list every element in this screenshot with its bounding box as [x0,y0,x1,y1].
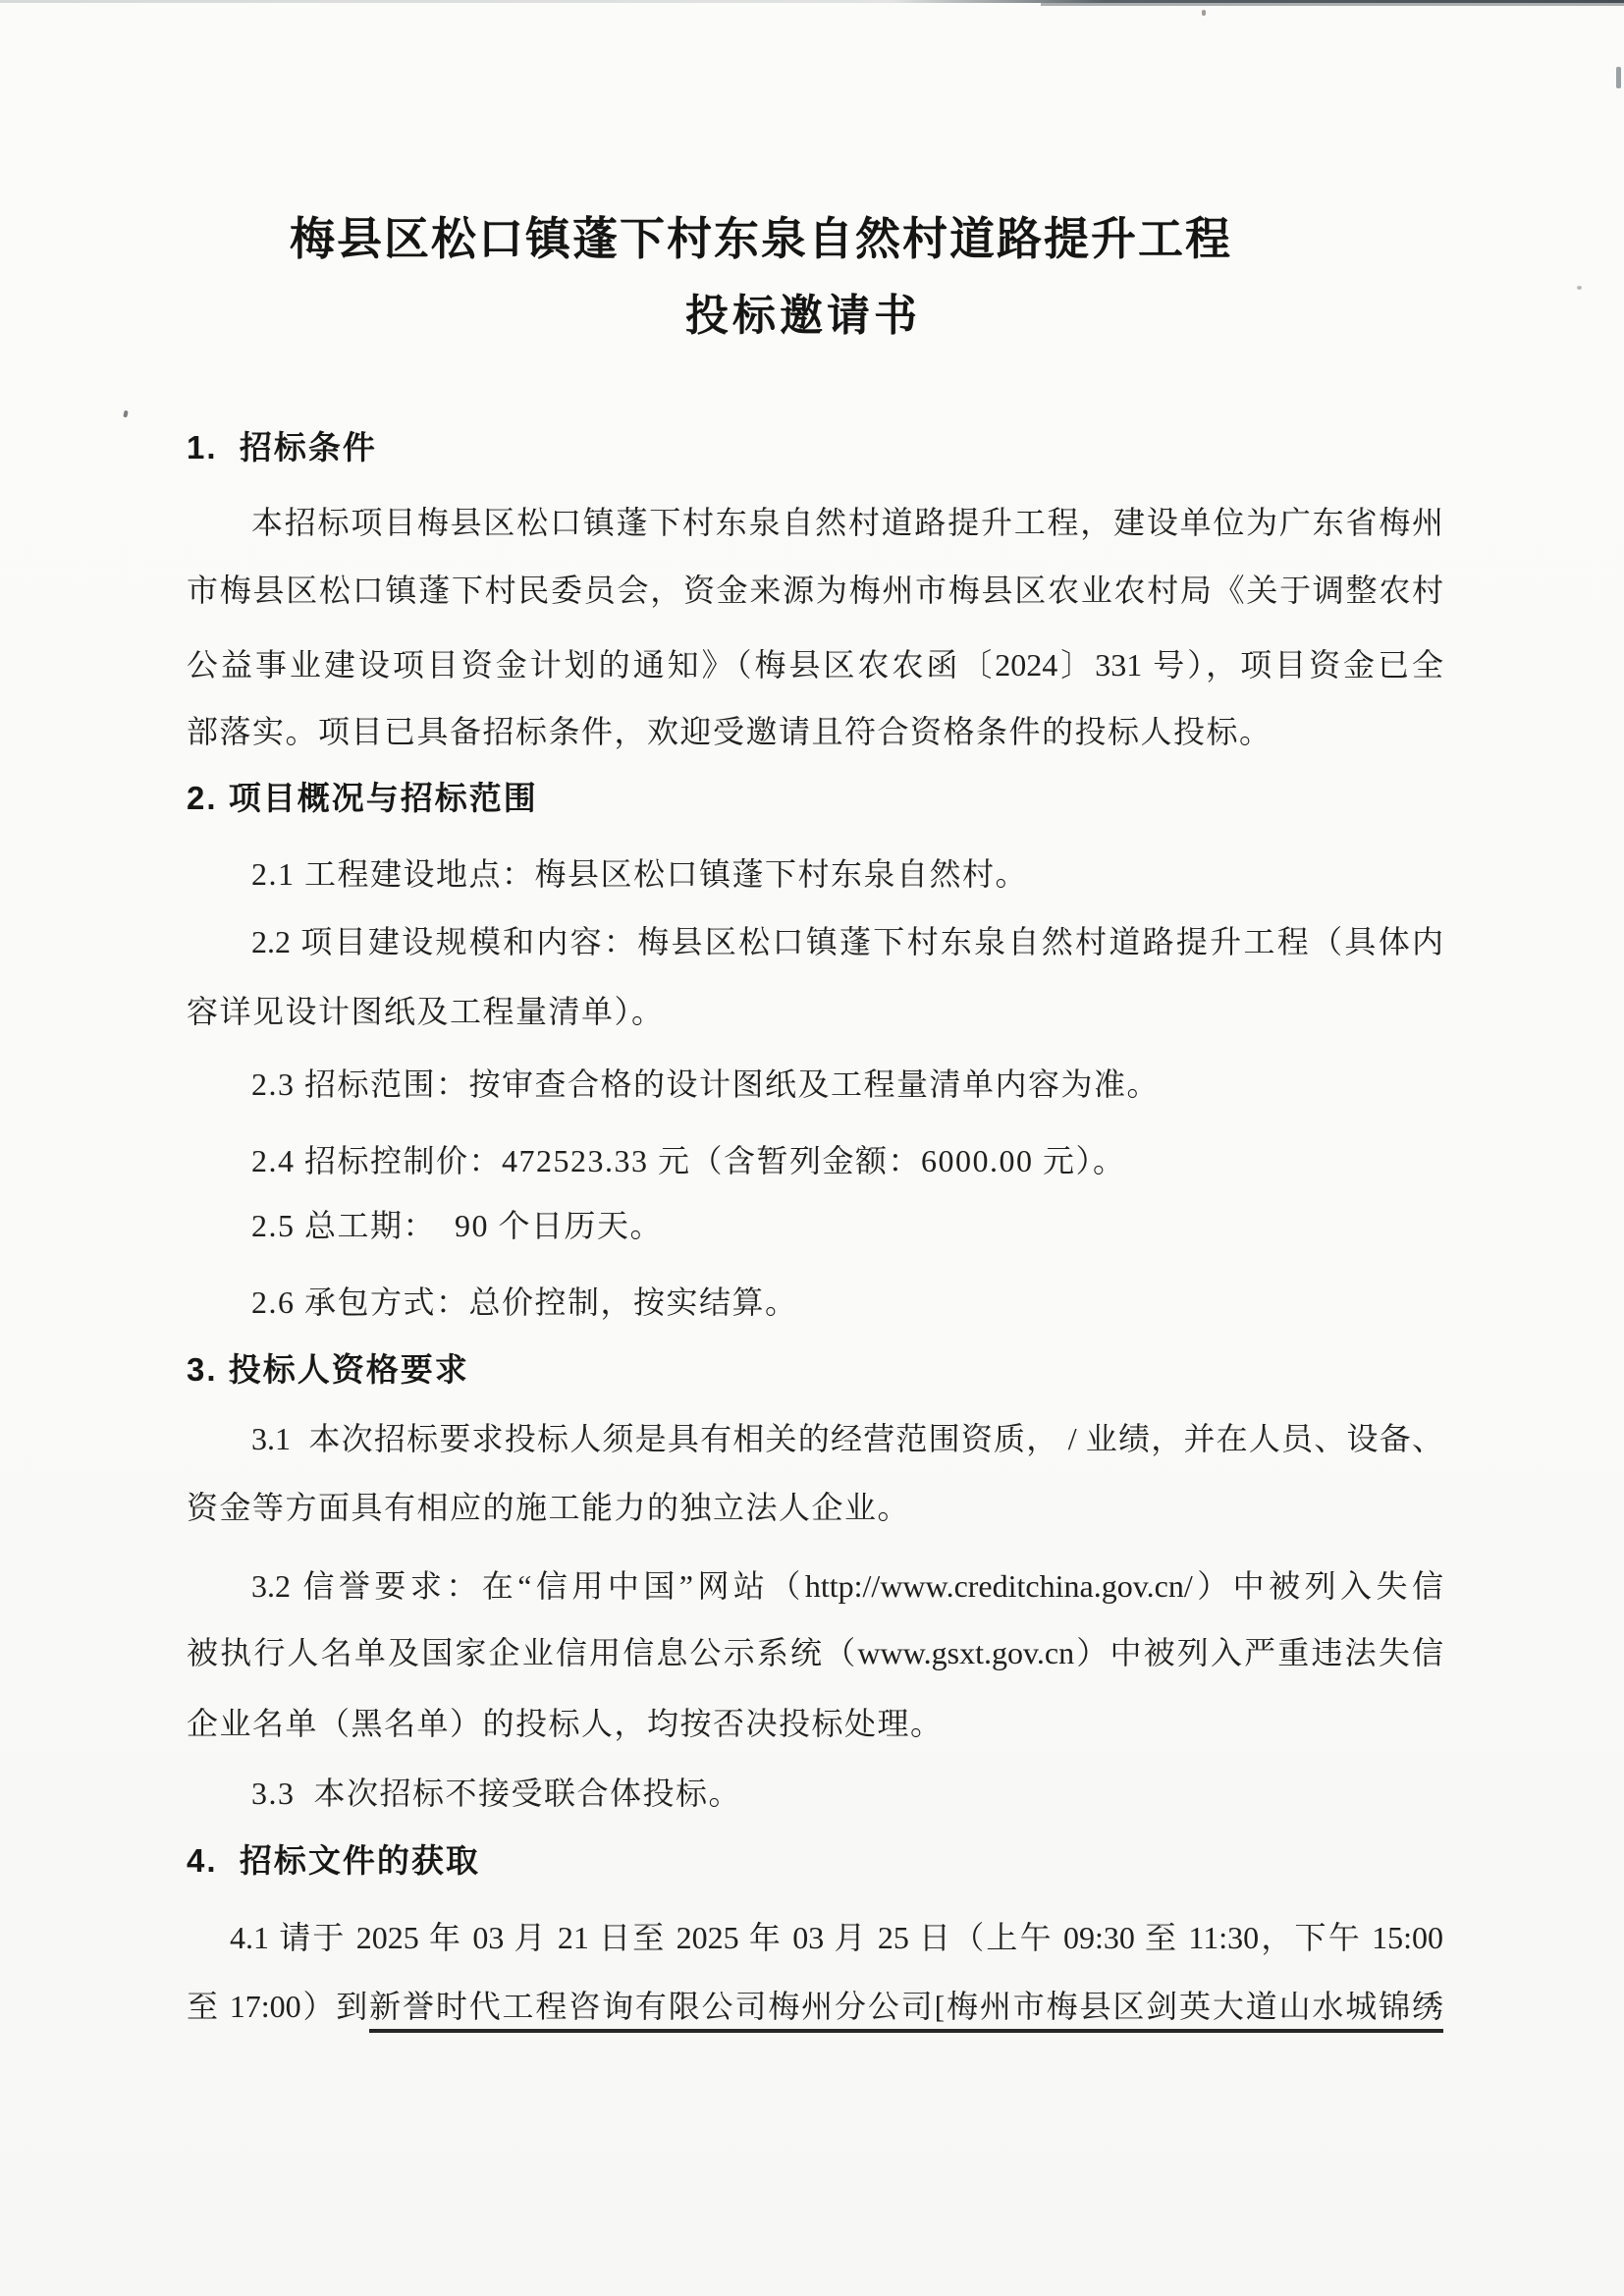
item-3-3: 3.3 本次招标不接受联合体投标。 [187,1758,1443,1829]
document-title-line1: 梅县区松口镇蓬下村东泉自然村道路提升工程 [133,202,1389,277]
item-3-2-line2: 被执行人名单及国家企业信用信息公示系统（www.gsxt.gov.cn）中被列入… [187,1617,1443,1688]
item-2-2-line1: 2.2 项目建设规模和内容：梅县区松口镇蓬下村东泉自然村道路提升工程（具体内 [187,906,1443,977]
item-3-2-line1: 3.2 信誉要求：在“信用中国”网站（http://www.creditchin… [187,1551,1443,1621]
section-4-heading: 4. 招标文件的获取 [187,1826,1443,1896]
item-2-6: 2.6 承包方式：总价控制，按实结算。 [187,1267,1443,1338]
item-4-1-line2-prefix: 至 17:00）到 [187,1989,369,2024]
section-1-paragraph-line: 部落实。项目已具备招标条件，欢迎受邀请且符合资格条件的投标人投标。 [187,696,1443,767]
item-3-2-line3: 企业名单（黑名单）的投标人，均按否决投标处理。 [187,1688,1443,1759]
item-3-1-line2: 资金等方面具有相应的施工能力的独立法人企业。 [187,1472,1443,1543]
scan-edge-strip-dark [1041,3,1624,6]
scan-mark-right-edge [1616,67,1621,88]
section-3-heading: 3. 投标人资格要求 [187,1335,1443,1405]
document-title-line2: 投标邀请书 [175,279,1432,354]
scanned-document-page: 梅县区松口镇蓬下村东泉自然村道路提升工程 投标邀请书 1. 招标条件 本招标项目… [0,0,1624,2296]
item-3-1-line1: 3.1 本次招标要求投标人须是具有相关的经营范围资质， / 业绩，并在人员、设备… [187,1403,1443,1474]
item-2-2-line2: 容详见设计图纸及工程量清单）。 [187,976,1443,1047]
section-1-paragraph-line: 市梅县区松口镇蓬下村民委员会，资金来源为梅州市梅县区农业农村局《关于调整农村 [187,555,1443,626]
item-2-5: 2.5 总工期： 90 个日历天。 [187,1190,1443,1261]
item-2-4: 2.4 招标控制价：472523.33 元（含暂列金额：6000.00 元）。 [187,1125,1443,1196]
item-2-1: 2.1 工程建设地点：梅县区松口镇蓬下村东泉自然村。 [187,839,1443,909]
item-2-3: 2.3 招标范围：按审查合格的设计图纸及工程量清单内容为准。 [187,1049,1443,1120]
scan-speck [1202,10,1206,16]
section-1-paragraph-line: 公益事业建设项目资金计划的通知》（梅县区农农函〔2024〕331 号），项目资金… [187,629,1443,700]
section-2-heading: 2. 项目概况与招标范围 [187,763,1443,834]
section-1-paragraph-line: 本招标项目梅县区松口镇蓬下村东泉自然村道路提升工程，建设单位为广东省梅州 [187,487,1443,558]
agency-name-address-underlined: 新誉时代工程咨询有限公司梅州分公司[梅州市梅县区剑英大道山水城锦绣 [369,1989,1443,2033]
section-1-heading: 1. 招标条件 [187,412,1443,483]
item-4-1-line2: 至 17:00）到新誉时代工程咨询有限公司梅州分公司[梅州市梅县区剑英大道山水城… [187,1971,1443,2042]
scan-speck [123,410,128,418]
scan-speck [1577,286,1582,290]
item-4-1-line1: 4.1 请于 2025 年 03 月 21 日至 2025 年 03 月 25 … [187,1902,1443,1973]
